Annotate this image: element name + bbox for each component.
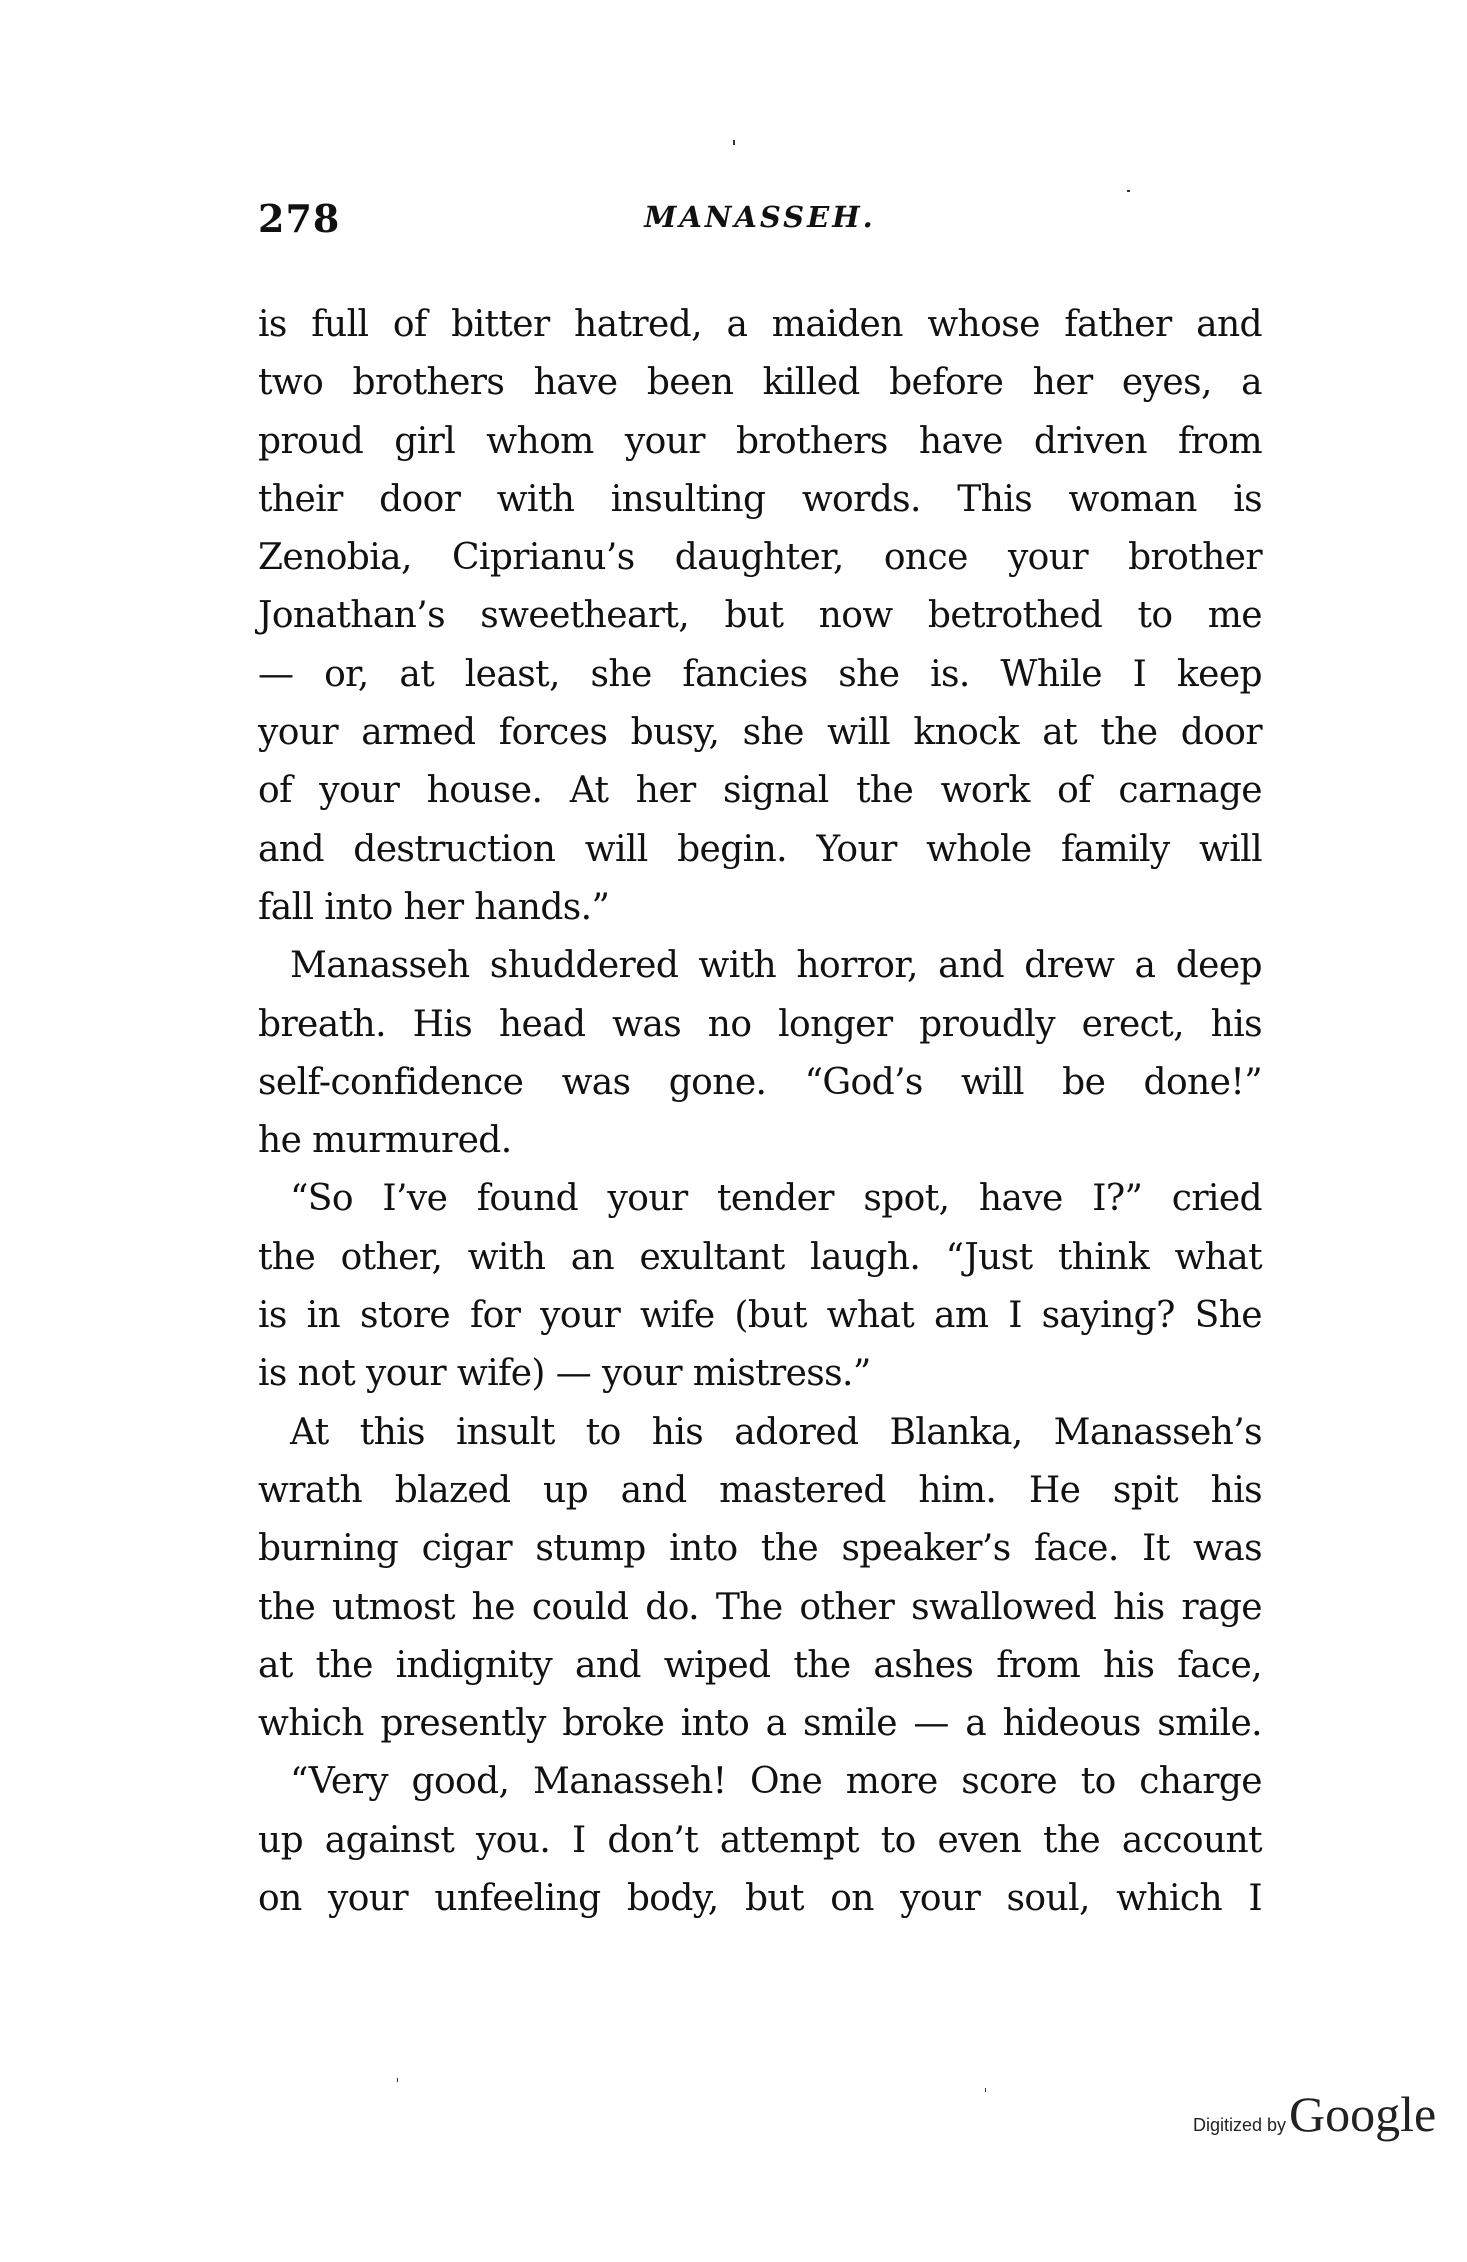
text-line: fall into her hands.” bbox=[258, 879, 1262, 937]
text-line: At this insult to his adored Blanka, Man… bbox=[258, 1404, 1262, 1462]
text-line: the other, with an exultant laugh. “Just… bbox=[258, 1229, 1262, 1287]
text-line: wrath blazed up and mastered him. He spi… bbox=[258, 1462, 1262, 1520]
body-text: is full of bitter hatred, a maiden whose… bbox=[258, 296, 1262, 1928]
text-line: which presently broke into a smile — a h… bbox=[258, 1695, 1262, 1753]
text-line: of your house. At her signal the work of… bbox=[258, 762, 1262, 820]
text-line: up against you. I don’t attempt to even … bbox=[258, 1812, 1262, 1870]
scan-speck bbox=[733, 140, 735, 145]
google-logo-text: Google bbox=[1289, 2086, 1436, 2142]
text-line: Zenobia, Ciprianu’s daughter, once your … bbox=[258, 529, 1262, 587]
text-line: — or, at least, she fancies she is. Whil… bbox=[258, 646, 1262, 704]
text-line: is not your wife) — your mistress.” bbox=[258, 1345, 1262, 1403]
running-head: 278 MANASSEH. bbox=[258, 196, 1262, 256]
scan-speck bbox=[985, 2088, 986, 2092]
text-line: “Very good, Manasseh! One more score to … bbox=[258, 1753, 1262, 1811]
text-line: proud girl whom your brothers have drive… bbox=[258, 413, 1262, 471]
text-line: Jonathan’s sweetheart, but now betrothed… bbox=[258, 587, 1262, 645]
scan-speck bbox=[397, 2078, 398, 2082]
text-line: breath. His head was no longer proudly e… bbox=[258, 996, 1262, 1054]
text-line: their door with insulting words. This wo… bbox=[258, 471, 1262, 529]
text-line: burning cigar stump into the speaker’s f… bbox=[258, 1520, 1262, 1578]
text-line: he murmured. bbox=[258, 1112, 1262, 1170]
text-line: self-confidence was gone. “God’s will be… bbox=[258, 1054, 1262, 1112]
text-line: “So I’ve found your tender spot, have I?… bbox=[258, 1170, 1262, 1228]
digitized-by-label: Digitized by bbox=[1193, 2115, 1286, 2135]
digitized-by-google-watermark: Digitized byGoogle bbox=[1193, 2085, 1436, 2145]
text-line: on your unfeeling body, but on your soul… bbox=[258, 1870, 1262, 1928]
text-line: at the indignity and wiped the ashes fro… bbox=[258, 1637, 1262, 1695]
text-line: is full of bitter hatred, a maiden whose… bbox=[258, 296, 1262, 354]
text-line: your armed forces busy, she will knock a… bbox=[258, 704, 1262, 762]
text-line: Manasseh shuddered with horror, and drew… bbox=[258, 937, 1262, 995]
scan-speck bbox=[1127, 190, 1130, 192]
text-line: is in store for your wife (but what am I… bbox=[258, 1287, 1262, 1345]
text-line: two brothers have been killed before her… bbox=[258, 354, 1262, 412]
running-title: MANASSEH. bbox=[258, 200, 1262, 234]
book-page: 278 MANASSEH. is full of bitter hatred, … bbox=[258, 0, 1262, 2262]
text-line: the utmost he could do. The other swallo… bbox=[258, 1579, 1262, 1637]
text-line: and destruction will begin. Your whole f… bbox=[258, 821, 1262, 879]
